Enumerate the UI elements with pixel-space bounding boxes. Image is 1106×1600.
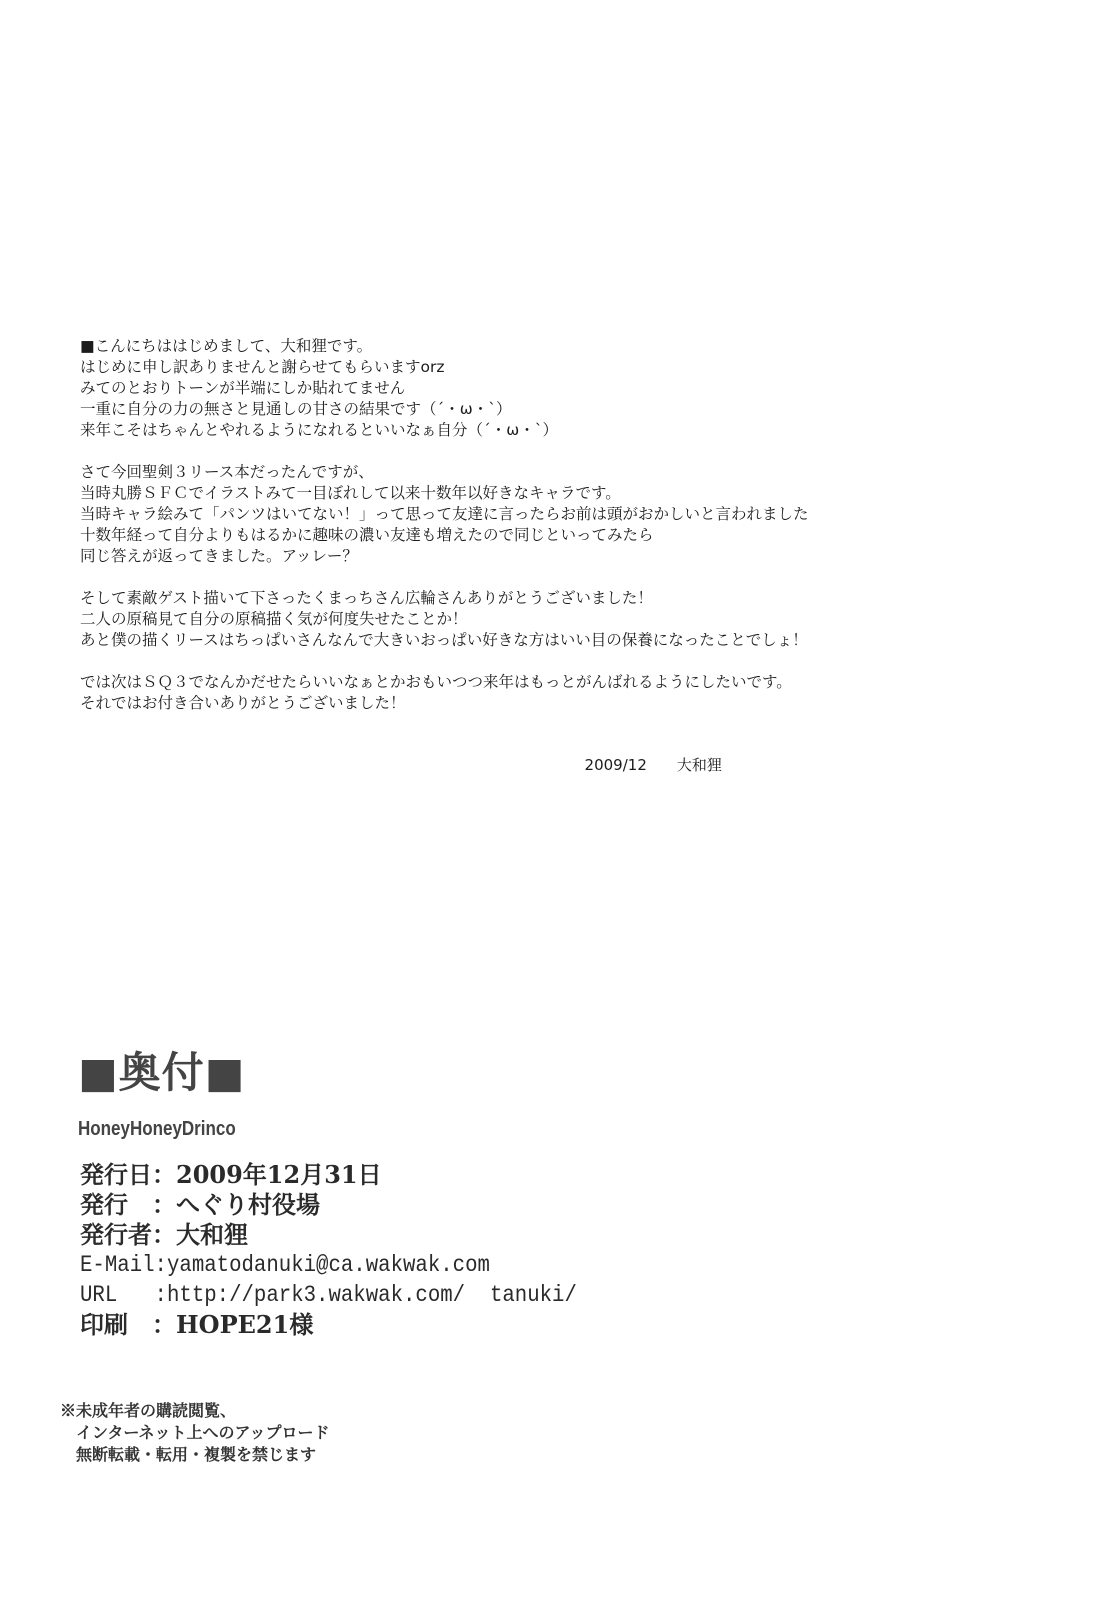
colophon-row-author: 発行者：大和狸 (80, 1220, 632, 1250)
afterword-line: 一重に自分の力の無さと見通しの甘さの結果です（´・ω・`） (80, 399, 809, 420)
row-value: 2009年12月31日 (176, 1160, 382, 1189)
afterword-line: それではお付き合いありがとうございました！ (80, 693, 809, 714)
row-separator: : (155, 1252, 167, 1278)
signature-author: 大和狸 (677, 754, 722, 775)
afterword-line: さて今回聖剣３リース本だったんですが、 (80, 462, 809, 483)
notice-line: ※未成年者の購読閲覧、 (60, 1400, 329, 1422)
afterword-line: 二人の原稿見て自分の原稿描く気が何度失せたことか！ (80, 609, 809, 630)
url-value: http://park3.wakwak.com/ tanuki/ (167, 1282, 577, 1308)
afterword-line: みてのとおりトーンが半端にしか貼れてません (80, 378, 809, 399)
signature-date: 2009/12 (585, 756, 647, 774)
legal-notice: ※未成年者の購読閲覧、 インターネット上へのアップロード 無断転載・転用・複製を… (60, 1400, 329, 1466)
afterword-line: 来年こそはちゃんとやれるようになれるといいなぁ自分（´・ω・`） (80, 420, 809, 441)
row-separator: ： (152, 1310, 176, 1339)
colophon-title: ■奥付■ (78, 1040, 245, 1100)
colophon-row-publish-date: 発行日：2009年12月31日 (80, 1160, 632, 1190)
row-label: 発行日 (80, 1160, 152, 1189)
paragraph-gap (80, 567, 809, 588)
row-value: HOPE21様 (176, 1310, 313, 1339)
paragraph-gap (80, 651, 809, 672)
paragraph-gap (80, 441, 809, 462)
colophon-row-email: E-Mail:yamatodanuki@ca.wakwak.com (80, 1250, 577, 1280)
row-separator: ： (152, 1220, 176, 1249)
afterword-line: ■こんにちははじめまして、大和狸です。 (80, 336, 809, 357)
notice-line: インターネット上へのアップロード (60, 1422, 329, 1444)
row-separator: : (155, 1282, 167, 1308)
row-label: 発行 (80, 1190, 152, 1219)
circle-name: HoneyHoneyDrinco (78, 1118, 236, 1141)
row-label: E-Mail (80, 1252, 155, 1278)
colophon-row-publisher: 発行 ：へぐり村役場 (80, 1190, 632, 1220)
row-label: 印刷 (80, 1310, 152, 1339)
colophon-row-url: URL :http://park3.wakwak.com/ tanuki/ (80, 1280, 577, 1310)
afterword-line: あと僕の描くリースはちっぱいさんなんで大きいおっぱい好きな方はいい目の保養になっ… (80, 630, 809, 651)
row-value: 大和狸 (176, 1220, 248, 1249)
afterword-line: 同じ答えが返ってきました。アッレー？ (80, 546, 809, 567)
email-value: yamatodanuki@ca.wakwak.com (167, 1252, 490, 1278)
afterword-line: はじめに申し訳ありませんと謝らせてもらいますorz (80, 357, 809, 378)
colophon-row-printer: 印刷 ：HOPE21様 (80, 1310, 632, 1340)
afterword-line: では次はＳＱ３でなんかだせたらいいなぁとかおもいつつ来年はもっとがんばれるように… (80, 672, 809, 693)
row-label: URL (80, 1282, 155, 1308)
row-value: へぐり村役場 (176, 1190, 320, 1219)
row-separator: ： (152, 1160, 176, 1189)
row-label: 発行者 (80, 1220, 152, 1249)
afterword-line: 当時丸勝ＳＦＣでイラストみて一目ぼれして以来十数年以好きなキャラです。 (80, 483, 809, 504)
afterword-line: そして素敵ゲスト描いて下さったくまっちさん広輪さんありがとうございました！ (80, 588, 809, 609)
afterword-line: 十数年経って自分よりもはるかに趣味の濃い友達も増えたので同じといってみたら (80, 525, 809, 546)
afterword-line: 当時キャラ絵みて「パンツはいてない！」って思って友達に言ったらお前は頭がおかしい… (80, 504, 809, 525)
row-separator: ： (152, 1190, 176, 1219)
afterword-text: ■こんにちははじめまして、大和狸です。 はじめに申し訳ありませんと謝らせてもらい… (80, 336, 809, 714)
notice-line: 無断転載・転用・複製を禁じます (60, 1444, 329, 1466)
afterword-signature: 2009/12 大和狸 (575, 736, 722, 775)
colophon-details: 発行日：2009年12月31日 発行 ：へぐり村役場 発行者：大和狸 E-Mai… (80, 1160, 632, 1340)
